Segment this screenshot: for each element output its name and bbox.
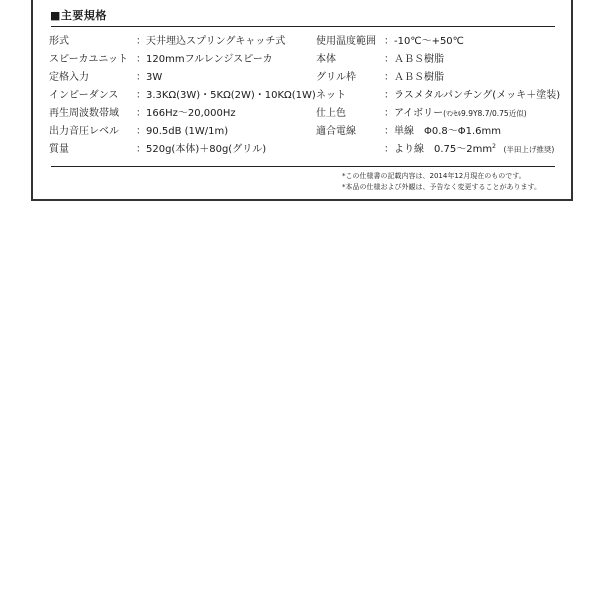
- spec-value-note: (ﾏﾝｾﾙ9.9Y8.7/0.75近似): [443, 109, 527, 118]
- spec-value: ：-10℃～+50℃: [384, 33, 464, 51]
- spec-label: スピーカユニット: [49, 51, 128, 69]
- spec-label: 本体: [316, 51, 336, 69]
- spec-label: ネット: [316, 87, 346, 105]
- spec-value: ：アイボリー(ﾏﾝｾﾙ9.9Y8.7/0.75近似): [384, 105, 527, 123]
- spec-label: 再生周波数帯域: [49, 105, 119, 123]
- footnotes: *この仕様書の記載内容は、2014年12月現在のものです。 *本品の仕様および外…: [342, 171, 541, 193]
- spec-value-main: ：より線 0.75～2mm: [384, 144, 492, 155]
- spec-value: ：90.5dB (1W/1m): [136, 123, 228, 141]
- spec-value: ：120mmフルレンジスピーカ: [136, 51, 273, 69]
- spec-label: 質量: [49, 141, 69, 159]
- spec-value: ：3.3KΩ(3W)・5KΩ(2W)・10KΩ(1W): [136, 87, 316, 105]
- spec-label: 出力音圧レベル: [49, 123, 119, 141]
- spec-label: 形式: [49, 33, 69, 51]
- spec-value: ：3W: [136, 69, 162, 87]
- spec-label: インピーダンス: [49, 87, 118, 105]
- spec-value-note: (半田上げ推奨): [496, 145, 554, 154]
- spec-value: ：520g(本体)＋80g(グリル): [136, 141, 266, 159]
- spec-label: グリル枠: [316, 69, 356, 87]
- spec-value: ：ＡＢＳ樹脂: [384, 51, 444, 69]
- spec-value: ：より線 0.75～2mm2 (半田上げ推奨): [384, 141, 554, 159]
- spec-value: ：単線 Φ0.8～Φ1.6mm: [384, 123, 501, 141]
- header-divider: [51, 26, 555, 27]
- footnote: *この仕様書の記載内容は、2014年12月現在のものです。: [342, 171, 541, 182]
- spec-value: ：ラスメタルパンチング(メッキ＋塗装): [384, 87, 560, 105]
- footer-divider: [51, 166, 555, 167]
- footnote: *本品の仕様および外観は、予告なく変更することがあります。: [342, 182, 541, 193]
- spec-value: ：天井埋込スプリングキャッチ式: [136, 33, 285, 51]
- spec-value: ：ＡＢＳ樹脂: [384, 69, 444, 87]
- spec-label: 使用温度範囲: [316, 33, 376, 51]
- section-title: ■主要規格: [50, 7, 107, 23]
- spec-label: 定格入力: [49, 69, 89, 87]
- spec-value: ：166Hz～20,000Hz: [136, 105, 236, 123]
- spec-label: 適合電線: [316, 123, 356, 141]
- spec-label: 仕上色: [316, 105, 346, 123]
- spec-value-main: ：アイボリー: [384, 108, 443, 119]
